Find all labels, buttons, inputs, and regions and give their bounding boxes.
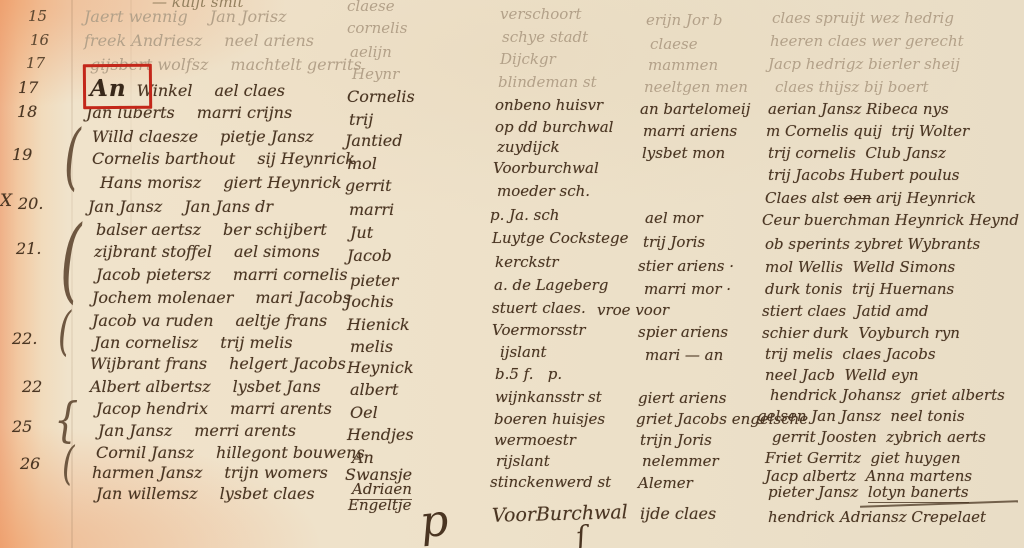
entry-line: freek Andrieszneel ariens bbox=[84, 32, 314, 50]
street-column-entry: onbeno huisvr bbox=[495, 97, 603, 114]
street-column-entry: a. de Lageberg bbox=[494, 277, 608, 294]
name-column-entry: mari — an bbox=[645, 347, 723, 364]
right-column-entry: gerrit Joosten zybrich aerts bbox=[772, 429, 986, 446]
right-column-entry: neel Jacb Welld eyn bbox=[765, 367, 919, 384]
name-column-entry: neeltgen men bbox=[644, 79, 748, 96]
street-column-entry: Dijckgr bbox=[500, 51, 556, 68]
street-column-entry: zuydijck bbox=[497, 139, 560, 156]
entry-spouse: Jan Jans dr bbox=[184, 197, 273, 216]
surname-column-entry: Jochis bbox=[345, 293, 394, 311]
surname-column-entry: mol bbox=[347, 155, 377, 173]
name-column-entry: erijn Jor b bbox=[646, 12, 723, 29]
entry-name: Jan cornelisz bbox=[94, 333, 198, 352]
entry-name: Jacop hendrix bbox=[96, 399, 208, 418]
entry-spouse: hillegont bouwens bbox=[216, 443, 365, 462]
right-column-entry: ob sperints zybret Wybrants bbox=[765, 236, 980, 253]
street-column-entry: Voermorsstr bbox=[492, 322, 586, 339]
manuscript-page: 15 16 17 17 18 19 X 20. 21. 22. 22 25 26… bbox=[0, 0, 1024, 548]
entry-name: Wijbrant frans bbox=[90, 354, 207, 373]
right-column-entry: Jacp hedrigz bierler sheij bbox=[768, 56, 960, 73]
surname-column-entry: Hienick bbox=[347, 316, 410, 334]
surname-column-entry: Jantied bbox=[345, 132, 403, 150]
name-column-entry: trij Joris bbox=[643, 234, 705, 251]
highlight-box bbox=[83, 64, 152, 110]
street-column-entry: wermoestr bbox=[494, 432, 576, 449]
name-column-entry: lysbet mon bbox=[642, 145, 725, 162]
name-column-entry: ael mor bbox=[645, 210, 703, 227]
name-column-entry: an bartelomeij bbox=[640, 101, 750, 118]
surname-column-entry: gerrit bbox=[345, 177, 392, 195]
entry-line: Willd claeszepietje Jansz bbox=[92, 128, 314, 146]
street-column-entry: stinckenwerd st bbox=[490, 474, 611, 491]
entry-text: Claes alst bbox=[765, 189, 844, 207]
entry-spouse: lysbet Jans bbox=[233, 377, 321, 396]
street-column-entry: op dd burchwal bbox=[495, 119, 613, 136]
surname-column-entry: Heynr bbox=[352, 66, 399, 83]
entry-line: Hans moriszgiert Heynrick bbox=[100, 174, 342, 192]
entry-spouse: sij Heynrick bbox=[257, 149, 355, 168]
margin-number: 21. bbox=[16, 240, 41, 258]
name-column-entry: marri ariens bbox=[643, 123, 737, 140]
group-brace: ( bbox=[62, 440, 75, 486]
entry-name: balser aertsz bbox=[96, 220, 201, 239]
street-column-entry: schye stadt bbox=[502, 29, 588, 46]
margin-number: 25 bbox=[12, 418, 32, 436]
right-column-entry: heeren claes wer gerecht bbox=[770, 33, 964, 50]
entry-name: Jacob pietersz bbox=[96, 265, 211, 284]
entry-name: Jan Jansz bbox=[88, 197, 162, 216]
right-column-entry: hendrick Adriansz Crepelaet bbox=[768, 509, 986, 526]
entry-spouse: marri crijns bbox=[197, 103, 292, 122]
entry-name: harmen Jansz bbox=[92, 463, 202, 482]
margin-number: 17 bbox=[26, 55, 45, 72]
right-column-entry: stiert claes Jatid amd bbox=[762, 303, 929, 320]
street-column-entry: kerckstr bbox=[495, 254, 559, 271]
surname-column-entry: Heynick bbox=[347, 359, 414, 377]
entry-line: harmen Jansztrijn womers bbox=[92, 464, 328, 482]
street-column-entry: b.5 f. p. bbox=[495, 366, 562, 383]
name-column-entry: stier ariens · bbox=[638, 258, 734, 275]
entry-spouse: Jan Jorisz bbox=[210, 7, 287, 26]
surname-column-entry: Oel bbox=[350, 404, 378, 422]
margin-number: 20. bbox=[18, 195, 43, 213]
name-column-entry: mammen bbox=[648, 57, 718, 74]
underlined-name: lotyn banerts bbox=[868, 483, 969, 503]
surname-column-entry: Jut bbox=[350, 224, 373, 242]
name-column-entry: giert ariens bbox=[638, 390, 726, 407]
surname-column-entry: albert bbox=[350, 381, 398, 399]
margin-number: 16 bbox=[30, 32, 49, 49]
street-column-entry: Voorburchwal bbox=[493, 160, 599, 177]
entry-spouse: helgert Jacobs bbox=[229, 354, 346, 373]
entry-spouse: ber schijbert bbox=[223, 220, 327, 239]
street-column-entry: verschoort bbox=[500, 6, 582, 23]
entry-text: pieter Jansz bbox=[768, 483, 868, 501]
right-column-entry: claes spruijt wez hedrig bbox=[772, 10, 954, 27]
group-brace: ( bbox=[58, 306, 71, 358]
group-brace: ( bbox=[64, 120, 81, 192]
entry-spouse: ael claes bbox=[214, 81, 285, 100]
entry-spouse: lysbet claes bbox=[220, 484, 315, 503]
street-column-entry: boeren huisjes bbox=[494, 411, 605, 428]
name-column-entry: ijde claes bbox=[640, 505, 716, 523]
entry-line: Albert albertszlysbet Jans bbox=[90, 378, 321, 396]
margin-number: 19 bbox=[12, 146, 32, 164]
street-column-entry: p. Ja. sch bbox=[490, 207, 559, 224]
entry-line: Wijbrant franshelgert Jacobs bbox=[90, 355, 346, 373]
entry-line: balser aertszber schijbert bbox=[96, 221, 327, 239]
right-column-entry: claes thijsz bij boert bbox=[775, 79, 929, 96]
entry-name: Hans morisz bbox=[100, 173, 201, 192]
entry-line: Jochem molenaermari Jacobs bbox=[92, 289, 351, 307]
entry-spouse: merri arents bbox=[194, 421, 296, 440]
name-column-entry: trijn Joris bbox=[640, 432, 712, 449]
name-column-entry: claese bbox=[650, 36, 698, 53]
surname-column-entry: claese bbox=[347, 0, 395, 15]
right-column-entry: schier durk Voyburch ryn bbox=[762, 325, 960, 342]
group-brace: ( bbox=[60, 214, 82, 306]
right-column-entry: Ceur buerchman Heynrick Heynd bbox=[762, 212, 1019, 229]
name-column-entry: spier ariens bbox=[638, 324, 728, 341]
margin-number: 17 bbox=[18, 79, 38, 97]
entry-spouse: marri cornelis bbox=[233, 265, 348, 284]
surname-column-entry: Hendjes bbox=[347, 426, 414, 444]
entry-name: freek Andriesz bbox=[84, 31, 202, 50]
right-column-entry: gelsen Jan Jansz neel tonis bbox=[757, 408, 965, 425]
surname-column-entry: melis bbox=[350, 338, 393, 356]
entry-spouse: giert Heynrick bbox=[223, 173, 341, 192]
struck-word: oen bbox=[844, 189, 872, 207]
entry-name: Albert albertsz bbox=[90, 377, 211, 396]
street-column-entry: rijslant bbox=[496, 453, 550, 470]
margin-number: 15 bbox=[28, 8, 47, 25]
surname-column-entry: Engeltje bbox=[348, 497, 411, 514]
entry-name: Jan willemsz bbox=[96, 484, 198, 503]
right-column-entry: durk tonis trij Huernans bbox=[765, 281, 954, 298]
street-column-entry: wijnkansstr st bbox=[495, 389, 602, 406]
entry-spouse: ael simons bbox=[234, 242, 320, 261]
entry-name: Willd claesze bbox=[92, 127, 198, 146]
surname-column-entry: Cornelis bbox=[347, 88, 415, 106]
right-column-entry: pieter Jansz lotyn banerts bbox=[768, 484, 969, 501]
entry-spouse: neel ariens bbox=[224, 31, 314, 50]
entry-line: Jaert wennigJan Jorisz bbox=[84, 8, 287, 26]
entry-name: Jochem molenaer bbox=[92, 288, 233, 307]
surname-column-entry: Jacob bbox=[347, 247, 392, 265]
entry-line: Jan Janszmerri arents bbox=[98, 422, 296, 440]
entry-line: Jan JanszJan Jans dr bbox=[88, 198, 273, 216]
surname-column-entry: aelijn bbox=[350, 44, 392, 61]
entry-spouse: machtelt gerrits bbox=[230, 55, 361, 74]
right-column-entry: Claes alst oen arij Heynrick bbox=[765, 190, 976, 207]
right-column-entry: trij melis claes Jacobs bbox=[765, 346, 936, 363]
entry-name: zijbrant stoffel bbox=[94, 242, 212, 261]
right-column-entry: hendrick Johansz griet alberts bbox=[770, 387, 1005, 404]
flourish-mark: p bbox=[417, 495, 450, 548]
entry-line: Jan cornelisztrij melis bbox=[94, 334, 293, 352]
entry-line: Jacob pieterszmarri cornelis bbox=[96, 266, 348, 284]
margin-number: 22 bbox=[22, 378, 42, 396]
entry-spouse: trij melis bbox=[220, 333, 292, 352]
entry-line: Jacob va rudenaeltje frans bbox=[92, 312, 327, 330]
right-column-entry: aerian Jansz Ribeca nys bbox=[768, 101, 949, 118]
street-column-entry: moeder sch. bbox=[497, 183, 590, 200]
entry-name: Cornil Jansz bbox=[96, 443, 194, 462]
entry-spouse: trijn womers bbox=[224, 463, 327, 482]
name-column-entry: marri mor · bbox=[644, 281, 731, 298]
entry-spouse: marri arents bbox=[230, 399, 332, 418]
street-column-entry: vroe voor bbox=[597, 302, 669, 319]
surname-column-entry: marri bbox=[349, 201, 394, 219]
entry-text: arij Heynrick bbox=[871, 189, 976, 207]
entry-name: Jaert wennig bbox=[84, 7, 188, 26]
street-column-entry: blindeman st bbox=[498, 74, 597, 91]
margin-number: 22. bbox=[12, 330, 37, 348]
right-column-entry: mol Wellis Welld Simons bbox=[765, 259, 955, 276]
entry-name: Jan Jansz bbox=[98, 421, 172, 440]
right-column-entry: trij cornelis Club Jansz bbox=[768, 145, 946, 162]
entry-line: Jan willemszlysbet claes bbox=[96, 485, 315, 503]
right-column-entry: m Cornelis quij trij Wolter bbox=[766, 123, 969, 140]
entry-spouse: aeltje frans bbox=[236, 311, 328, 330]
entry-name: Cornelis barthout bbox=[92, 149, 235, 168]
street-column-entry: stuert claes. bbox=[492, 300, 586, 317]
surname-column-entry: pieter bbox=[350, 272, 398, 290]
surname-column-entry: trij bbox=[349, 111, 373, 129]
entry-spouse: pietje Jansz bbox=[220, 127, 314, 146]
right-column-entry: Friet Gerritz giet huygen bbox=[765, 450, 961, 467]
surname-column-entry: cornelis bbox=[347, 20, 407, 37]
entry-line: Cornil Janszhillegont bouwens bbox=[96, 444, 365, 462]
entry-spouse: mari Jacobs bbox=[255, 288, 351, 307]
name-column-entry: Alemer bbox=[638, 475, 693, 492]
entry-name: Jacob va ruden bbox=[92, 311, 214, 330]
surname-column-entry: An bbox=[352, 449, 374, 467]
margin-cross-mark: X bbox=[0, 192, 12, 211]
entry-line: zijbrant stoffelael simons bbox=[94, 243, 320, 261]
entry-line: Cornelis barthoutsij Heynrick bbox=[92, 150, 355, 168]
right-column-entry: trij Jacobs Hubert poulus bbox=[768, 167, 960, 184]
street-column-entry: Luytge Cockstege bbox=[492, 230, 628, 247]
margin-number: 26 bbox=[20, 455, 40, 473]
name-column-entry: nelemmer bbox=[642, 453, 719, 470]
entry-line: Jacop hendrixmarri arents bbox=[96, 400, 332, 418]
street-column-entry: ijslant bbox=[500, 344, 547, 361]
margin-number: 18 bbox=[17, 103, 37, 121]
street-column-entry: VoorBurchwal bbox=[492, 502, 628, 526]
